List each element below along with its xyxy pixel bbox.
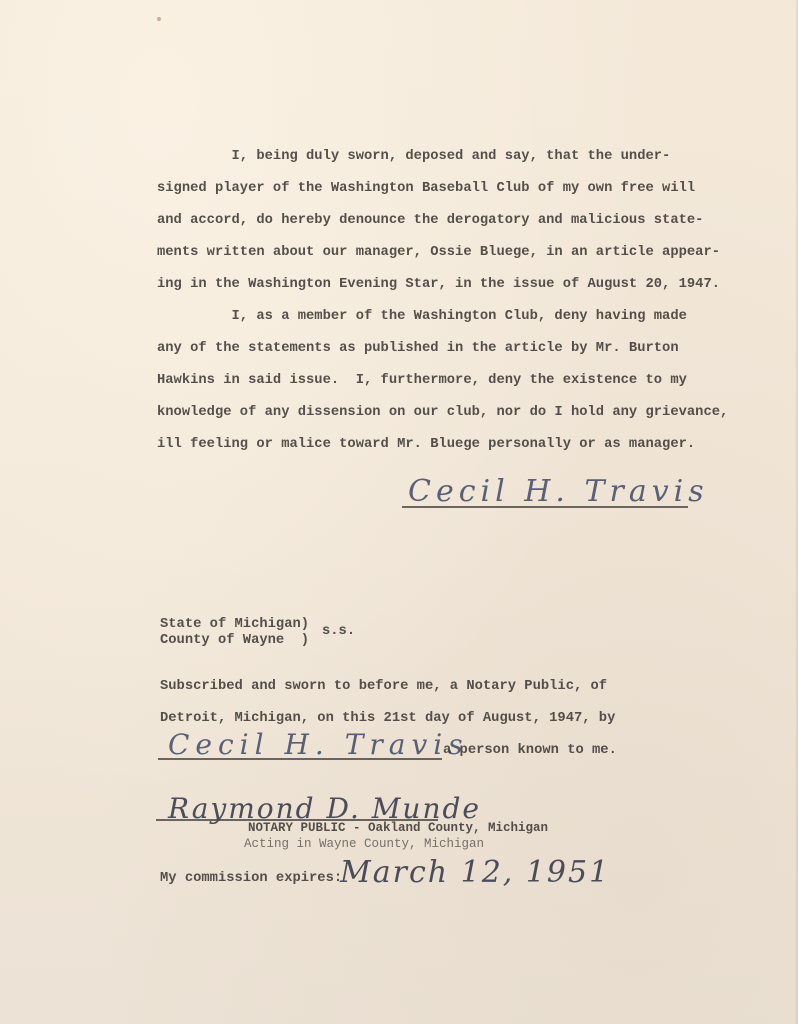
text-line: any of the statements as published in th… <box>157 341 679 357</box>
notary-acting: Acting in Wayne County, Michigan <box>244 836 484 852</box>
text-line: ing in the Washington Evening Star, in t… <box>157 277 720 293</box>
affiant-signature-line <box>402 506 688 508</box>
text-line: ill feeling or malice toward Mr. Bluege … <box>157 437 695 453</box>
venue-ss: s.s. <box>322 624 355 640</box>
commission-label: My commission expires: <box>160 871 342 887</box>
text-line: I, being duly sworn, deposed and say, th… <box>157 149 670 165</box>
paper-spot <box>157 17 161 21</box>
jurat-line-3-suffix: a person known to me. <box>443 743 617 759</box>
text-line: signed player of the Washington Baseball… <box>157 181 695 197</box>
notary-title-text: NOTARY PUBLIC - Oakland County, Michigan <box>248 821 548 835</box>
affiant-signature: Cecil H. Travis <box>408 474 709 509</box>
jurat-affiant-signature: Cecil H. Travis <box>168 728 469 761</box>
text-line: ments written about our manager, Ossie B… <box>157 245 720 261</box>
text-line: knowledge of any dissension on our club,… <box>157 405 728 421</box>
venue-state: State of Michigan) <box>160 617 309 633</box>
jurat-line-2: Detroit, Michigan, on this 21st day of A… <box>160 711 615 727</box>
notary-title: NOTARY PUBLIC - Oakland County, Michigan <box>248 820 548 836</box>
venue-county: County of Wayne ) <box>160 633 309 649</box>
text-line: Hawkins in said issue. I, furthermore, d… <box>157 373 687 389</box>
text-line: I, as a member of the Washington Club, d… <box>157 309 687 325</box>
jurat-signature-line <box>158 758 442 760</box>
text-line: and accord, do hereby denounce the derog… <box>157 213 703 229</box>
commission-date: March 12, 1951 <box>340 855 610 890</box>
jurat-line-1: Subscribed and sworn to before me, a Not… <box>160 679 607 695</box>
